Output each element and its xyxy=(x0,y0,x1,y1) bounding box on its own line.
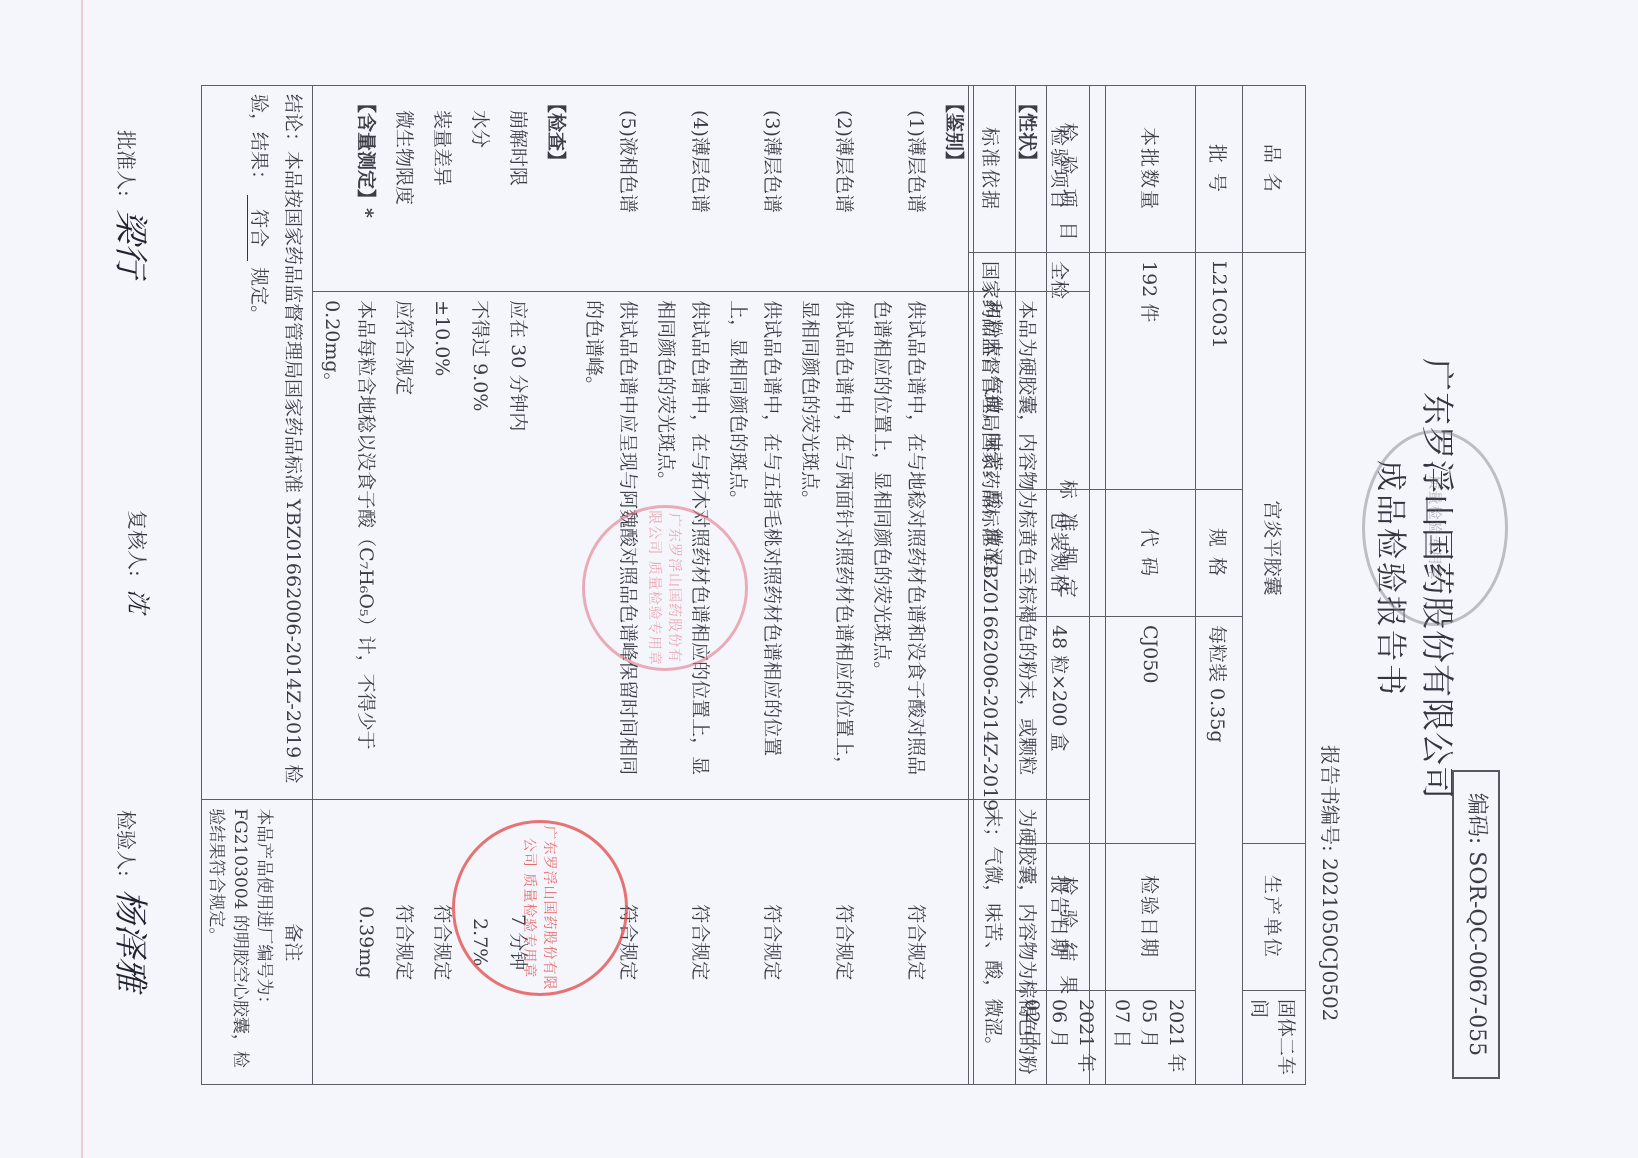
spec-value: 每粒装 0.35g xyxy=(1196,617,1243,1085)
assay-result: 0.39mg xyxy=(313,800,386,1085)
producer: 固体二车间 xyxy=(1243,991,1306,1085)
conclusion: 结论：本品按国家药品监督管理局国家药品标准 YBZ01662006-2014Z-… xyxy=(202,86,313,800)
producer-label: 生产单位 xyxy=(1243,844,1306,991)
insp-2-standard: 不得过 9.0% xyxy=(461,292,499,800)
inspect-date: 2021 年 05 月 07 日 xyxy=(1106,991,1196,1085)
red-stamp-text: 广东罗浮山国药股份有限公司 质量检验专用章 xyxy=(520,823,560,993)
table-row: 【鉴别】 xyxy=(935,86,974,1085)
character-standard: 本品为硬胶囊，内容物为棕黄色至棕褐色的粉末，或颗粒和粉末；气微，味苦、酸，微涩。 xyxy=(974,292,1047,800)
insp-1-standard: 应在 30 分钟内 xyxy=(499,292,537,800)
col-item-header: 检验项目 xyxy=(1047,86,1090,292)
ident-3-result: 符合规定 xyxy=(719,800,791,1085)
approver-label: 批准人: xyxy=(114,130,138,197)
ident-3-name: (3)薄层色谱 xyxy=(719,86,791,292)
assay-standard: 本品每粒含地稔以没食子酸（C₇H₆O₅）计，不得少于 0.20mg。 xyxy=(313,292,386,800)
document-code-label: 编码: xyxy=(1464,793,1489,844)
insp-4-name: 微生物限度 xyxy=(385,86,423,292)
col-result-header: 检验结果 xyxy=(1047,800,1090,1085)
quantity-label: 本批数量 xyxy=(1106,86,1196,253)
product-name-label: 品 名 xyxy=(1243,86,1306,253)
pink-stamp-text: 广东罗浮山国药股份有限公司 质量检验专用章 xyxy=(645,508,685,668)
ident-4-name: (4)薄层色谱 xyxy=(647,86,719,292)
scan-edge-line xyxy=(81,0,83,1158)
table-row: 微生物限度 应符合规定 符合规定 xyxy=(385,86,423,1085)
section-character: 【性状】 xyxy=(974,86,1047,292)
ident-1-standard: 供试品色谱中，在与地稔对照药材色谱和没食子酸对照品色谱相应的位置上，显相同颜色的… xyxy=(863,292,935,800)
section-assay: 【含量测定】* xyxy=(313,86,386,292)
inspector: 检验人: 杨泽雅 xyxy=(109,810,158,991)
conclusion-suffix: 规定。 xyxy=(248,267,270,324)
section-inspection: 【检查】 xyxy=(537,86,575,292)
report-number: 报告书编号: 2021050CJ0502 xyxy=(1317,745,1346,1021)
ident-4-result: 符合规定 xyxy=(647,800,719,1085)
red-stamp: 广东罗浮山国药股份有限公司 质量检验专用章 xyxy=(452,820,628,996)
conclusion-verdict: 符合 xyxy=(247,195,270,261)
remark-text: 本品产品使用进厂编号为：FG2103004 的明胶空心胶囊，检验结果符合规定。 xyxy=(204,808,276,1076)
ident-1-result: 符合规定 xyxy=(863,800,935,1085)
table-row: 【性状】 本品为硬胶囊，内容物为棕黄色至棕褐色的粉末，或颗粒和粉末；气微，味苦、… xyxy=(974,86,1047,1085)
insp-3-standard: ±10.0% xyxy=(423,292,461,800)
insp-2-name: 水分 xyxy=(461,86,499,292)
ident-5-name: (5)液相色谱 xyxy=(575,86,647,292)
insp-3-result: 符合规定 xyxy=(423,800,461,1085)
batch-label: 批 号 xyxy=(1196,86,1243,253)
insp-4-result: 符合规定 xyxy=(385,800,423,1085)
ident-1-name: (1)薄层色谱 xyxy=(863,86,935,292)
approver: 批准人: 梁行 xyxy=(109,130,158,277)
reviewer-label: 复核人: xyxy=(125,510,149,577)
grey-stamp: 质量检验专用章 xyxy=(1362,430,1508,626)
approver-signature: 梁行 xyxy=(110,209,150,277)
document-code-value: SOR-QC-0067-055 xyxy=(1464,851,1489,1056)
report-number-label: 报告书编号: xyxy=(1318,745,1342,852)
inspector-label: 检验人: xyxy=(114,810,138,877)
conclusion-row: 结论：本品按国家药品监督管理局国家药品标准 YBZ01662006-2014Z-… xyxy=(202,86,313,1085)
col-standard-header: 标准规定 xyxy=(1047,292,1090,800)
table-row: (2)薄层色谱 供试品色谱中，在与两面针对照药材色谱相应的位置上，显相同颜色的荧… xyxy=(791,86,863,1085)
report-number-value: 2021050CJ0502 xyxy=(1318,858,1342,1021)
quantity-value: 192 件 xyxy=(1106,253,1196,490)
insp-3-name: 装量差异 xyxy=(423,86,461,292)
reviewer: 复核人: 沈 xyxy=(123,510,158,613)
grey-stamp-text: 质量检验专用章 xyxy=(1425,476,1445,581)
remark-cell: 备注 本品产品使用进厂编号为：FG2103004 的明胶空心胶囊，检验结果符合规… xyxy=(202,800,313,1085)
inspect-date-label: 检验日期 xyxy=(1106,844,1196,991)
remark-label: 备注 xyxy=(276,808,310,1076)
inspection-report-page: 编码: SOR-QC-0067-055 广东罗浮山国药股份有限公司 成品检验报告… xyxy=(0,0,1638,1158)
pink-stamp: 广东罗浮山国药股份有限公司 质量检验专用章 xyxy=(582,505,748,671)
ident-2-name: (2)薄层色谱 xyxy=(791,86,863,292)
character-result: 为硬胶囊，内容物为棕褐色的粉末；气微，味苦、酸，微涩。 xyxy=(974,800,1047,1085)
insp-1-name: 崩解时限 xyxy=(499,86,537,292)
section-identification: 【鉴别】 xyxy=(935,86,974,292)
spec-label: 规 格 xyxy=(1196,490,1243,617)
ident-2-result: 符合规定 xyxy=(791,800,863,1085)
table-row: 【含量测定】* 本品每粒含地稔以没食子酸（C₇H₆O₅）计，不得少于 0.20m… xyxy=(313,86,386,1085)
table-row: (1)薄层色谱 供试品色谱中，在与地稔对照药材色谱和没食子酸对照品色谱相应的位置… xyxy=(863,86,935,1085)
code-label: 代 码 xyxy=(1106,490,1196,617)
inspector-signature: 杨泽雅 xyxy=(110,889,150,991)
batch-value: L21C031 xyxy=(1196,253,1243,490)
insp-4-standard: 应符合规定 xyxy=(385,292,423,800)
reviewer-signature: 沈 xyxy=(124,589,152,613)
code-value: CJ050 xyxy=(1106,617,1196,844)
ident-2-standard: 供试品色谱中，在与两面针对照药材色谱相应的位置上，显相同颜色的荧光斑点。 xyxy=(791,292,863,800)
product-name: 宫炎平胶囊 xyxy=(1243,253,1306,844)
